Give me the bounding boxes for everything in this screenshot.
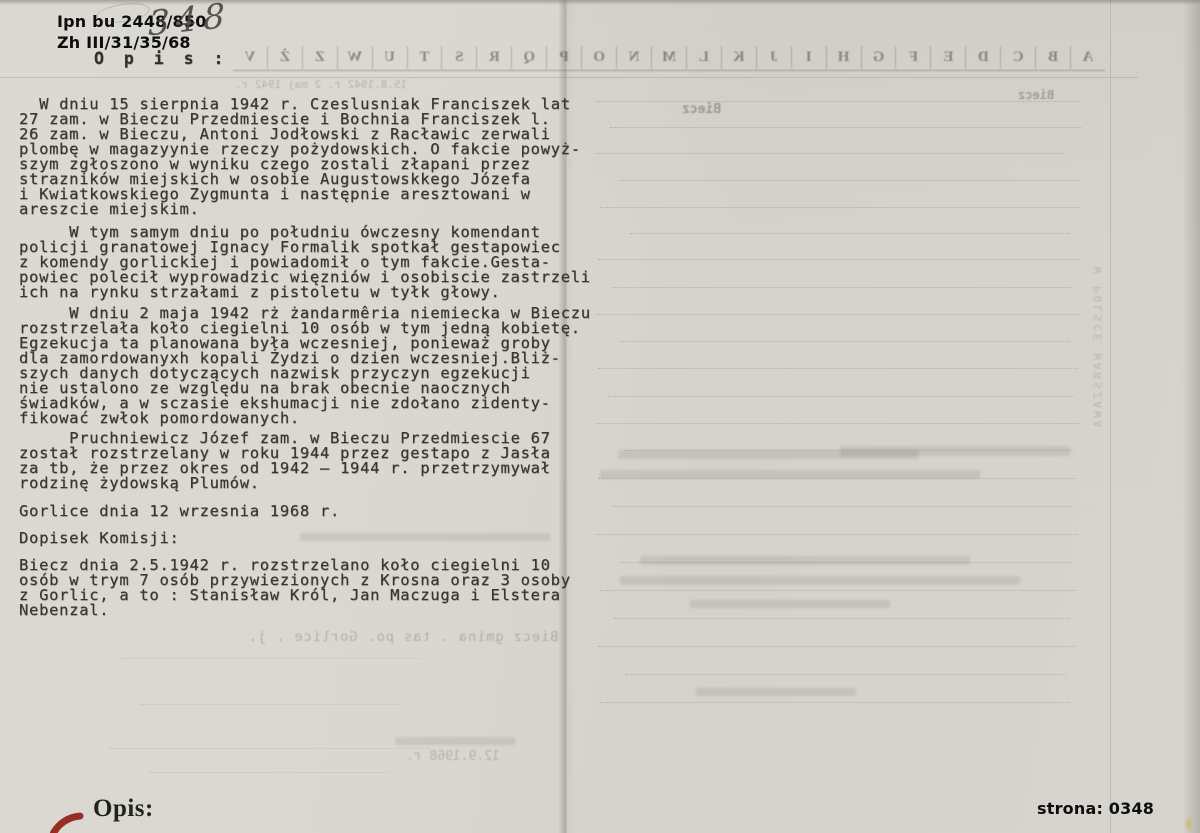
- alphabet-letter: V: [233, 46, 268, 69]
- alphabet-letter: W: [338, 46, 373, 69]
- alphabet-letter: J: [757, 46, 792, 69]
- typed-heading: O p i s :: [94, 49, 228, 68]
- typed-commission-note-heading: Dopisek Komisji:: [19, 531, 619, 546]
- scanned-document: Ipn bu 2448/850 Zh III/31/35/68 348 O p …: [0, 0, 1200, 833]
- page-number-label: strona: 0348: [1037, 799, 1154, 818]
- right-page: [566, 0, 1200, 833]
- bleedthrough-fragment-date: 12.9.1968 r.: [406, 749, 500, 764]
- alphabet-letter: D: [966, 46, 1001, 69]
- alphabet-letter: Z: [303, 46, 338, 69]
- bleedthrough-fragment-biecz: Biecz: [682, 102, 721, 117]
- handwritten-number: 348: [148, 0, 230, 44]
- alphabet-letter: I: [792, 46, 827, 69]
- typed-commission-note: Biecz dnia 2.5.1942 r. rozstrzelano koło…: [19, 558, 619, 618]
- alphabet-letter: C: [1001, 46, 1036, 69]
- alphabet-letter: T: [408, 46, 443, 69]
- typed-paragraph-1: W dniu 15 sierpnia 1942 r. Czeslusniak F…: [19, 97, 619, 217]
- horizontal-rule: [0, 77, 1138, 78]
- alphabet-letter: K: [722, 46, 757, 69]
- alphabet-letter: E: [931, 46, 966, 69]
- bleedthrough-fragment-gorlice-line: Biecz gmina . tas po. Gorlice . j.: [248, 629, 558, 645]
- alphabet-letter: F: [896, 46, 931, 69]
- alphabet-letter: S: [442, 46, 477, 69]
- alphabet-letter: H: [827, 46, 862, 69]
- alphabet-letter: B: [1036, 46, 1071, 69]
- typed-paragraph-2: W tym samym dniu po południu ówczesny ko…: [19, 225, 619, 300]
- alphabet-letter: Q: [512, 46, 547, 69]
- typed-dateline: Gorlice dnia 12 wrzesnia 1968 r.: [19, 504, 619, 519]
- bleedthrough-fragment-dates: 15.8.1942 r. 2 maj 1942 r.: [235, 78, 407, 91]
- alphabet-letter: N: [617, 46, 652, 69]
- alphabet-letter: P: [547, 46, 582, 69]
- alphabet-letter: Ż: [268, 46, 303, 69]
- alphabet-letter: L: [687, 46, 722, 69]
- typed-paragraph-4: Pruchniewicz Józef zam. w Bieczu Przedmi…: [19, 431, 619, 491]
- alphabet-strip: ABCDEFGHIJKLMNOPQRSTUWZŻV: [233, 45, 1105, 71]
- bleedthrough-fragment-vertical-stamp: W POLSCE WARSZAWA: [1092, 69, 1105, 629]
- alphabet-letter: A: [1071, 46, 1105, 69]
- typed-text-block: W dniu 15 sierpnia 1942 r. Czeslusniak F…: [19, 97, 619, 626]
- footer-opis-label: Opis:: [93, 795, 154, 823]
- right-edge-shadow: [1182, 0, 1200, 833]
- bleedthrough-fragment-biecz-small: Biecz: [1018, 88, 1054, 102]
- red-pen-mark: [50, 810, 92, 833]
- right-crease: [1110, 0, 1111, 833]
- paper-stain: [1186, 818, 1192, 830]
- alphabet-letter: O: [582, 46, 617, 69]
- alphabet-letter: U: [373, 46, 408, 69]
- alphabet-letter: M: [652, 46, 687, 69]
- alphabet-letter: R: [477, 46, 512, 69]
- alphabet-letter: G: [862, 46, 897, 69]
- typed-paragraph-3: W dniu 2 maja 1942 rż żandarmêria niemie…: [19, 306, 619, 426]
